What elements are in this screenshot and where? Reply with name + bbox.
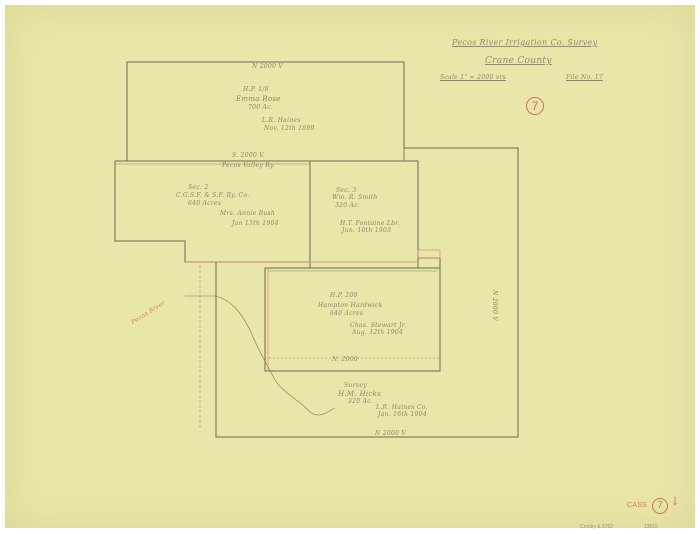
tract-upper-name: Emma Rose bbox=[236, 95, 281, 103]
creek-line bbox=[216, 296, 335, 415]
tract-center-patent: Chas. Stewart Jr. bbox=[350, 322, 407, 329]
tract-middle-left-name: C.G.S.F. & S.F. Ry. Co. bbox=[176, 192, 249, 199]
boundary-top-label: N 2000 V bbox=[252, 63, 283, 70]
tract-lower-name: H.M. Hicks bbox=[338, 390, 381, 398]
tract-upper-patent-date: Nov. 12th 1899 bbox=[264, 125, 315, 132]
footer-right-text: 13515 bbox=[644, 524, 658, 530]
boundary-upper-bottom-label: S. 2000 V. bbox=[232, 152, 265, 159]
tract-center-detail: 640 Acres bbox=[330, 310, 363, 317]
tract-middle-left-label: Sec. 2 bbox=[188, 184, 208, 191]
boundary-lower-bottom-label: N 2000 V bbox=[375, 430, 406, 437]
tract-upper-patent: L.R. Haines bbox=[262, 117, 301, 124]
scale-text: Scale 1" = 2000 vrs bbox=[440, 74, 506, 81]
tract-middle-left-boundary bbox=[115, 161, 310, 262]
tract-upper-label: H.P. 1/8 bbox=[243, 86, 269, 93]
boundary-middle-top-label: Pecos Valley Ry. bbox=[222, 162, 275, 169]
tract-middle-right-patent: H.T. Fontaine Lbr. bbox=[340, 220, 400, 227]
file-number: File No. 17 bbox=[566, 74, 603, 81]
title-line2: Crane County bbox=[485, 56, 552, 66]
tract-middle-right-name: Wm. R. Smith bbox=[332, 194, 378, 201]
tract-lower-patent: L.R. Haines Co. bbox=[376, 404, 428, 411]
tract-upper-boundary bbox=[127, 62, 404, 161]
tract-middle-right-boundary bbox=[310, 161, 418, 268]
tract-middle-right-patent-date: Jun. 10th 1903 bbox=[342, 227, 391, 234]
tract-center-patent-date: Aug. 12th 1904 bbox=[352, 329, 403, 336]
tract-lower-detail: 320 Ac. bbox=[348, 398, 373, 405]
boundary-center-bottom-label: N. 2000 bbox=[332, 356, 358, 363]
tract-middle-left-detail: 640 Acres bbox=[188, 200, 221, 207]
tract-middle-right-detail: 320 Ac. bbox=[335, 202, 360, 209]
tract-upper-detail: 700 Ac. bbox=[248, 104, 273, 111]
class-number-circle: 7 bbox=[652, 498, 668, 514]
class-label: CASS bbox=[627, 502, 647, 509]
tract-middle-left-patent: Mrs. Annie Bush bbox=[220, 210, 275, 217]
tract-center-label: H.P. 200 bbox=[330, 292, 358, 299]
tract-lower-label: Survey bbox=[344, 382, 367, 389]
sheet-number-circle: 7 bbox=[526, 97, 544, 115]
title-line1: Pecos River Irrigation Co. Survey bbox=[452, 38, 597, 47]
boundary-east-label: N 2000 V bbox=[491, 290, 498, 321]
tract-lower-patent-date: Jan. 16th 1904 bbox=[378, 411, 427, 418]
footer-left-text: Crosby & 5762 bbox=[580, 524, 613, 530]
arrow-down-icon: ↓ bbox=[670, 494, 680, 508]
tract-middle-right-label: Sec. 3 bbox=[336, 187, 356, 194]
tract-center-name: Hampton Hardwick bbox=[318, 302, 383, 309]
tract-middle-left-patent-date: Jan 15th 1904 bbox=[232, 220, 279, 227]
